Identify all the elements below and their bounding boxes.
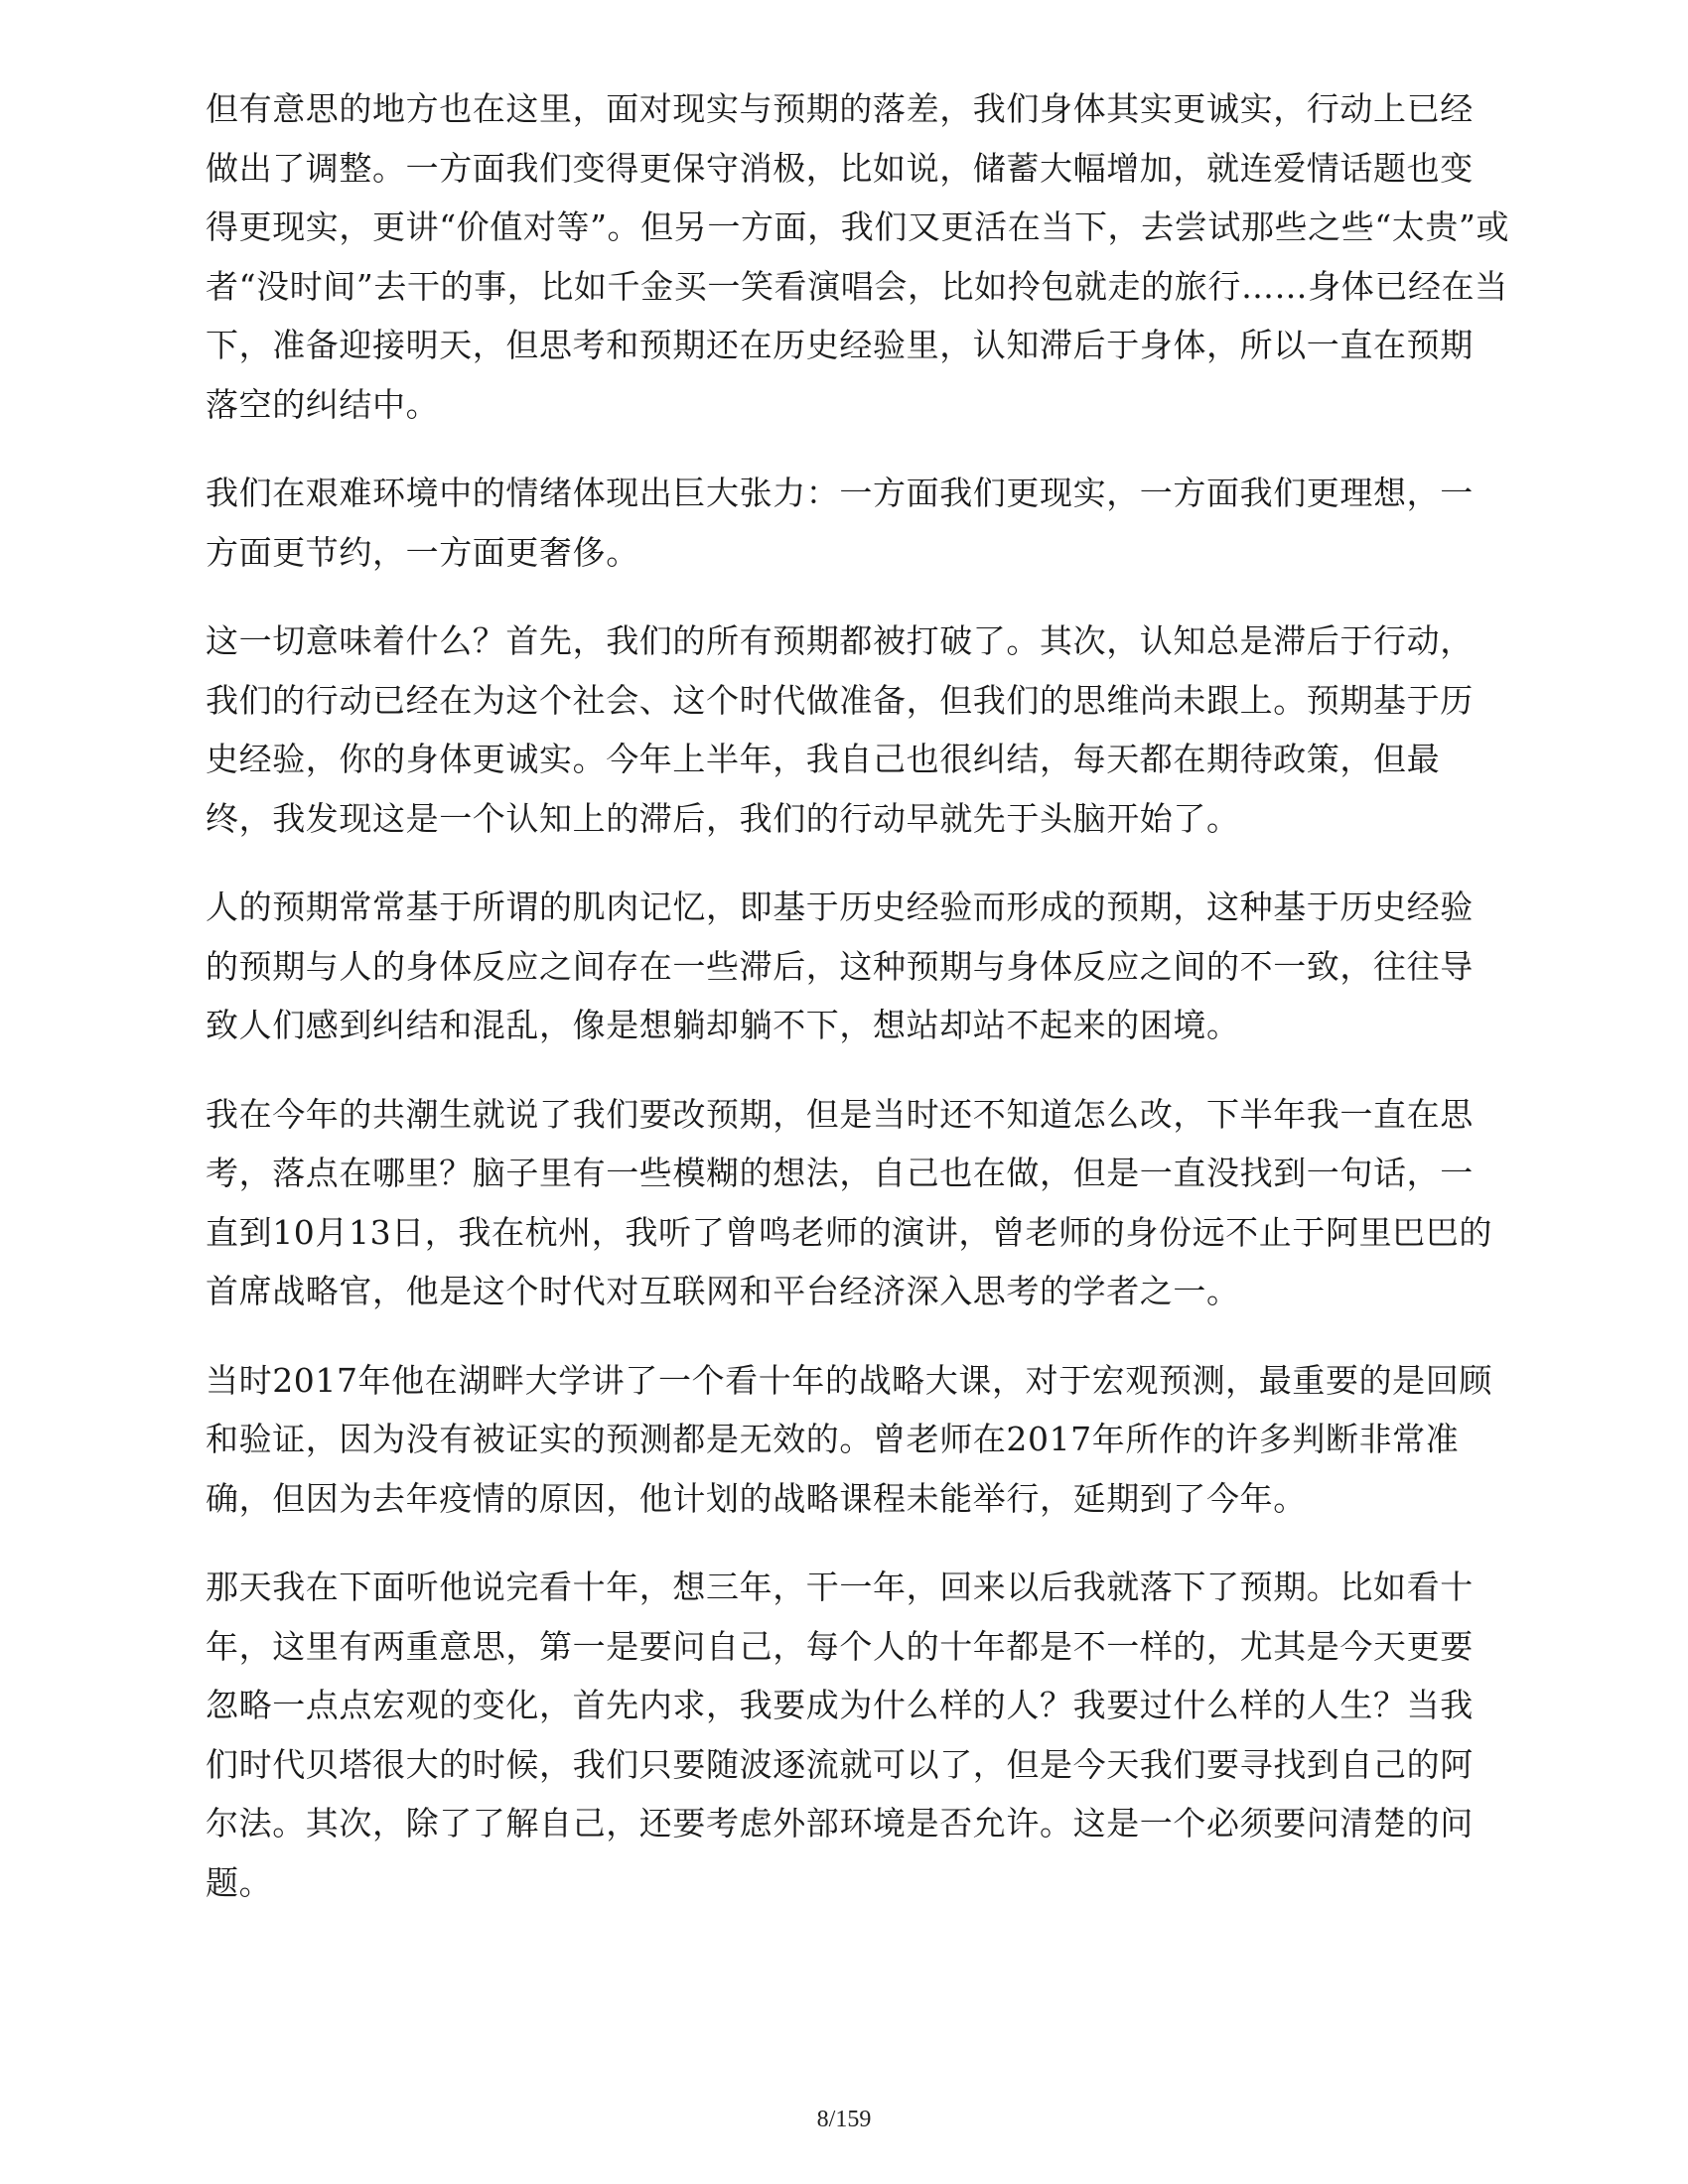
text-line: 年，这里有两重意思，第一是要问自己，每个人的十年都是不一样的，尤其是今天更要: [206, 1617, 1465, 1677]
paragraph-7: 那天我在下面听他说完看十年，想三年，干一年，回来以后我就落下了预期。比如看十 年…: [206, 1558, 1465, 1912]
text-line: 致人们感到纠结和混乱，像是想躺却躺不下，想站却站不起来的困境。: [206, 996, 1465, 1055]
text-line: 但有意思的地方也在这里，面对现实与预期的落差，我们身体其实更诚实，行动上已经: [206, 79, 1465, 139]
text-line: 和验证，因为没有被证实的预测都是无效的。曾老师在2017年所作的许多判断非常准: [206, 1410, 1465, 1469]
paragraph-5: 我在今年的共潮生就说了我们要改预期，但是当时还不知道怎么改，下半年我一直在思 考…: [206, 1085, 1465, 1321]
text-line: 得更现实，更讲“价值对等”。但另一方面，我们又更活在当下，去尝试那些之些“太贵”…: [206, 198, 1465, 257]
text-line: 我在今年的共潮生就说了我们要改预期，但是当时还不知道怎么改，下半年我一直在思: [206, 1085, 1465, 1145]
paragraph-2: 我们在艰难环境中的情绪体现出巨大张力：一方面我们更现实，一方面我们更理想，一 方…: [206, 464, 1465, 582]
text-line: 落空的纠结中。: [206, 375, 1465, 435]
text-line: 史经验，你的身体更诚实。今年上半年，我自己也很纠结，每天都在期待政策，但最: [206, 730, 1465, 789]
text-line: 终，我发现这是一个认知上的滞后，我们的行动早就先于头脑开始了。: [206, 789, 1465, 849]
text-line: 题。: [206, 1853, 1465, 1913]
text-line: 当时2017年他在湖畔大学讲了一个看十年的战略大课，对于宏观预测，最重要的是回顾: [206, 1351, 1465, 1411]
text-line: 做出了调整。一方面我们变得更保守消极，比如说，储蓄大幅增加，就连爱情话题也变: [206, 139, 1465, 199]
text-line: 我们的行动已经在为这个社会、这个时代做准备，但我们的思维尚未跟上。预期基于历: [206, 671, 1465, 731]
text-line: 首席战略官，他是这个时代对互联网和平台经济深入思考的学者之一。: [206, 1262, 1465, 1321]
text-line: 忽略一点点宏观的变化，首先内求，我要成为什么样的人？我要过什么样的人生？当我: [206, 1676, 1465, 1735]
text-line: 考，落点在哪里？脑子里有一些模糊的想法，自己也在做，但是一直没找到一句话，一: [206, 1144, 1465, 1203]
text-line: 尔法。其次，除了了解自己，还要考虑外部环境是否允许。这是一个必须要问清楚的问: [206, 1794, 1465, 1853]
text-line: 们时代贝塔很大的时候，我们只要随波逐流就可以了，但是今天我们要寻找到自己的阿: [206, 1735, 1465, 1795]
text-line: 下，准备迎接明天，但思考和预期还在历史经验里，认知滞后于身体，所以一直在预期: [206, 316, 1465, 375]
text-line: 者“没时间”去干的事，比如千金买一笑看演唱会，比如拎包就走的旅行……身体已经在当: [206, 257, 1465, 317]
text-line: 方面更节约，一方面更奢侈。: [206, 523, 1465, 583]
page-number: 8/159: [0, 2107, 1688, 2133]
text-line: 直到10月13日，我在杭州，我听了曾鸣老师的演讲，曾老师的身份远不止于阿里巴巴的: [206, 1203, 1465, 1263]
paragraph-4: 人的预期常常基于所谓的肌肉记忆，即基于历史经验而形成的预期，这种基于历史经验 的…: [206, 878, 1465, 1055]
text-line: 的预期与人的身体反应之间存在一些滞后，这种预期与身体反应之间的不一致，往往导: [206, 937, 1465, 997]
paragraph-1: 但有意思的地方也在这里，面对现实与预期的落差，我们身体其实更诚实，行动上已经 做…: [206, 79, 1465, 434]
text-line: 确，但因为去年疫情的原因，他计划的战略课程未能举行，延期到了今年。: [206, 1469, 1465, 1529]
text-line: 人的预期常常基于所谓的肌肉记忆，即基于历史经验而形成的预期，这种基于历史经验: [206, 878, 1465, 937]
text-line: 那天我在下面听他说完看十年，想三年，干一年，回来以后我就落下了预期。比如看十: [206, 1558, 1465, 1617]
paragraph-3: 这一切意味着什么？首先，我们的所有预期都被打破了。其次，认知总是滞后于行动， 我…: [206, 612, 1465, 848]
text-line: 这一切意味着什么？首先，我们的所有预期都被打破了。其次，认知总是滞后于行动，: [206, 612, 1465, 671]
document-page: 但有意思的地方也在这里，面对现实与预期的落差，我们身体其实更诚实，行动上已经 做…: [206, 79, 1465, 1942]
paragraph-6: 当时2017年他在湖畔大学讲了一个看十年的战略大课，对于宏观预测，最重要的是回顾…: [206, 1351, 1465, 1529]
text-line: 我们在艰难环境中的情绪体现出巨大张力：一方面我们更现实，一方面我们更理想，一: [206, 464, 1465, 523]
